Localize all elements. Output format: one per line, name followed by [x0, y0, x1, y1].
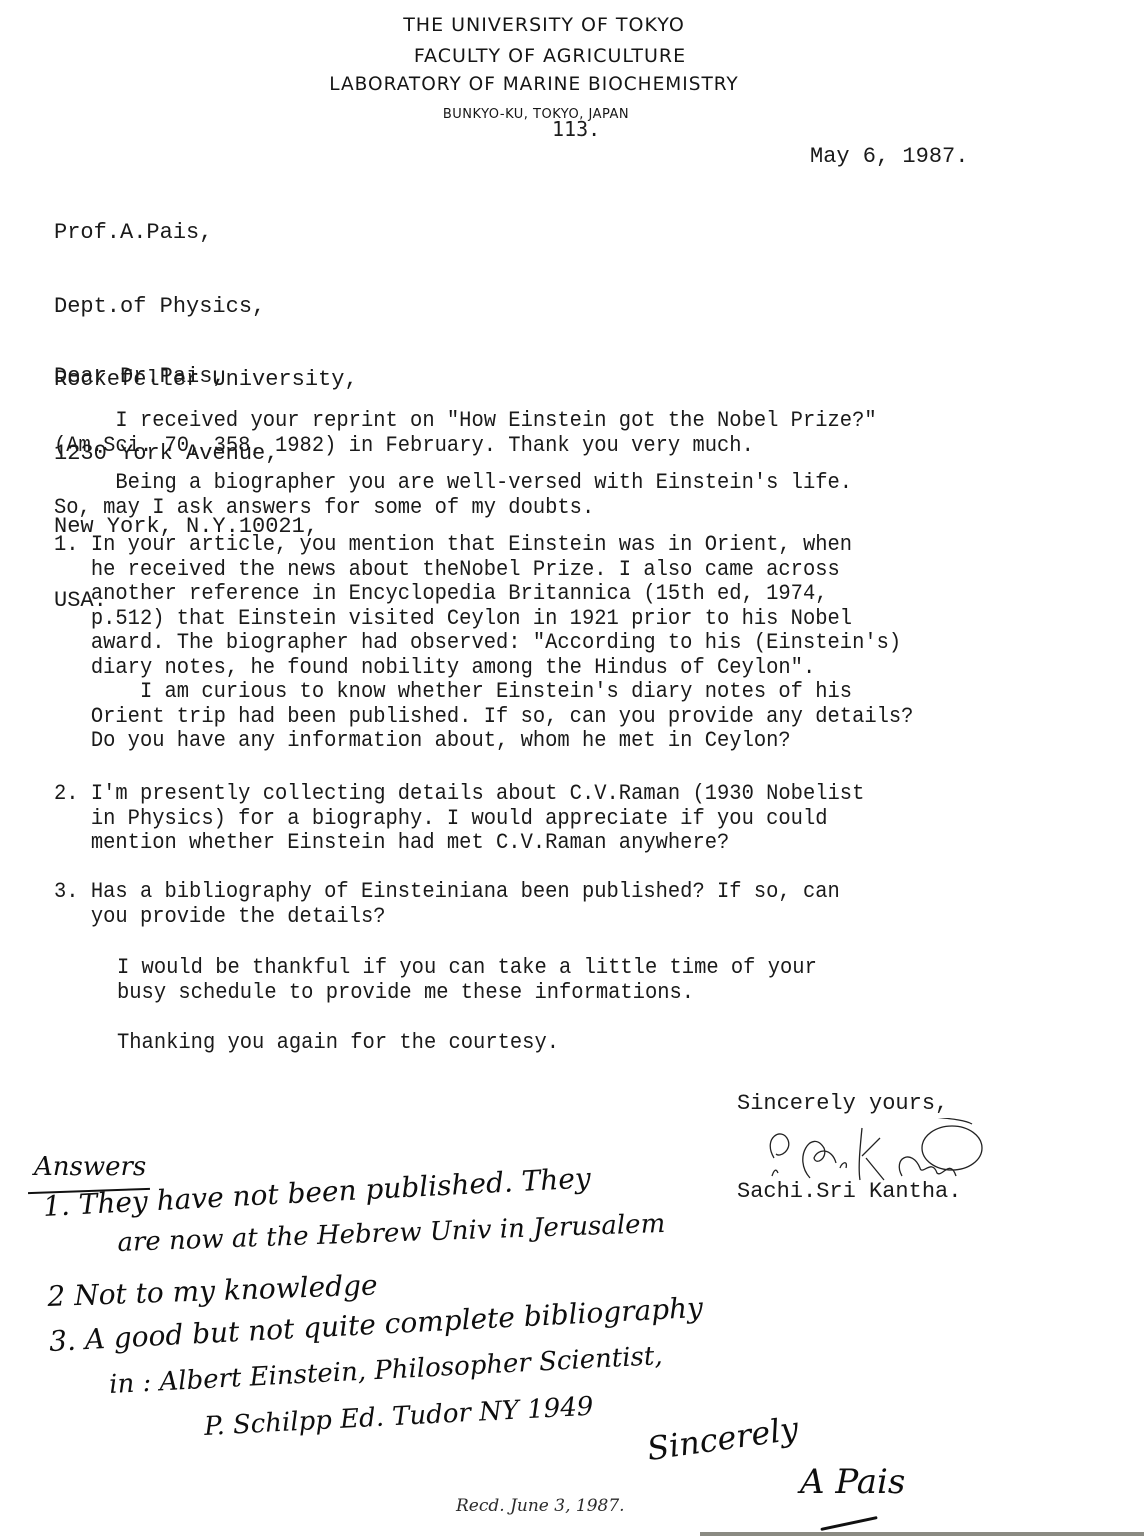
received-date-note: Recd. June 3, 1987.	[456, 1496, 625, 1516]
question-2: 2. I'm presently collecting details abou…	[54, 782, 864, 856]
question-1: 1. In your article, you mention that Ein…	[54, 533, 913, 754]
handwritten-answers-title: Answers	[34, 1152, 146, 1182]
paragraph-reprint: I received your reprint on "How Einstein…	[54, 409, 877, 458]
signature-underline	[820, 1516, 877, 1531]
closing-thanks: Thanking you again for the courtesy.	[117, 1031, 559, 1056]
handwritten-answer-2: 2 Not to my knowledge	[47, 1268, 378, 1313]
recipient-line: Dept.of Physics,	[54, 295, 358, 320]
sign-off: Sincerely yours,	[737, 1092, 948, 1117]
letter-date: May 6, 1987.	[810, 145, 968, 170]
salutation: Dear Dr.Pais,	[54, 365, 226, 390]
letterhead-faculty: FACULTY OF AGRICULTURE	[0, 45, 1122, 67]
question-3: 3. Has a bibliography of Einsteiniana be…	[54, 880, 840, 929]
handwritten-answer-3-ref: P. Schilpp Ed. Tudor NY 1949	[203, 1392, 594, 1442]
page-edge	[700, 1532, 1144, 1536]
handwritten-signature-sachi	[762, 1118, 992, 1186]
letterhead-university: THE UNIVERSITY OF TOKYO	[0, 14, 1116, 36]
handwritten-sign-off: Sincerely	[645, 1409, 801, 1468]
closing-request: I would be thankful if you can take a li…	[117, 956, 817, 1005]
paragraph-biographer: Being a biographer you are well-versed w…	[54, 471, 852, 520]
signature-name: Sachi.Sri Kantha.	[737, 1180, 961, 1205]
handwritten-signature-pais: A Pais	[800, 1462, 905, 1502]
recipient-line: Prof.A.Pais,	[54, 221, 358, 246]
letterhead-laboratory: LABORATORY OF MARINE BIOCHEMISTRY	[0, 74, 1106, 95]
letterhead-postcode: 113.	[552, 117, 600, 141]
handwritten-answer-1-cont: are now at the Hebrew Univ in Jerusalem	[117, 1209, 666, 1258]
